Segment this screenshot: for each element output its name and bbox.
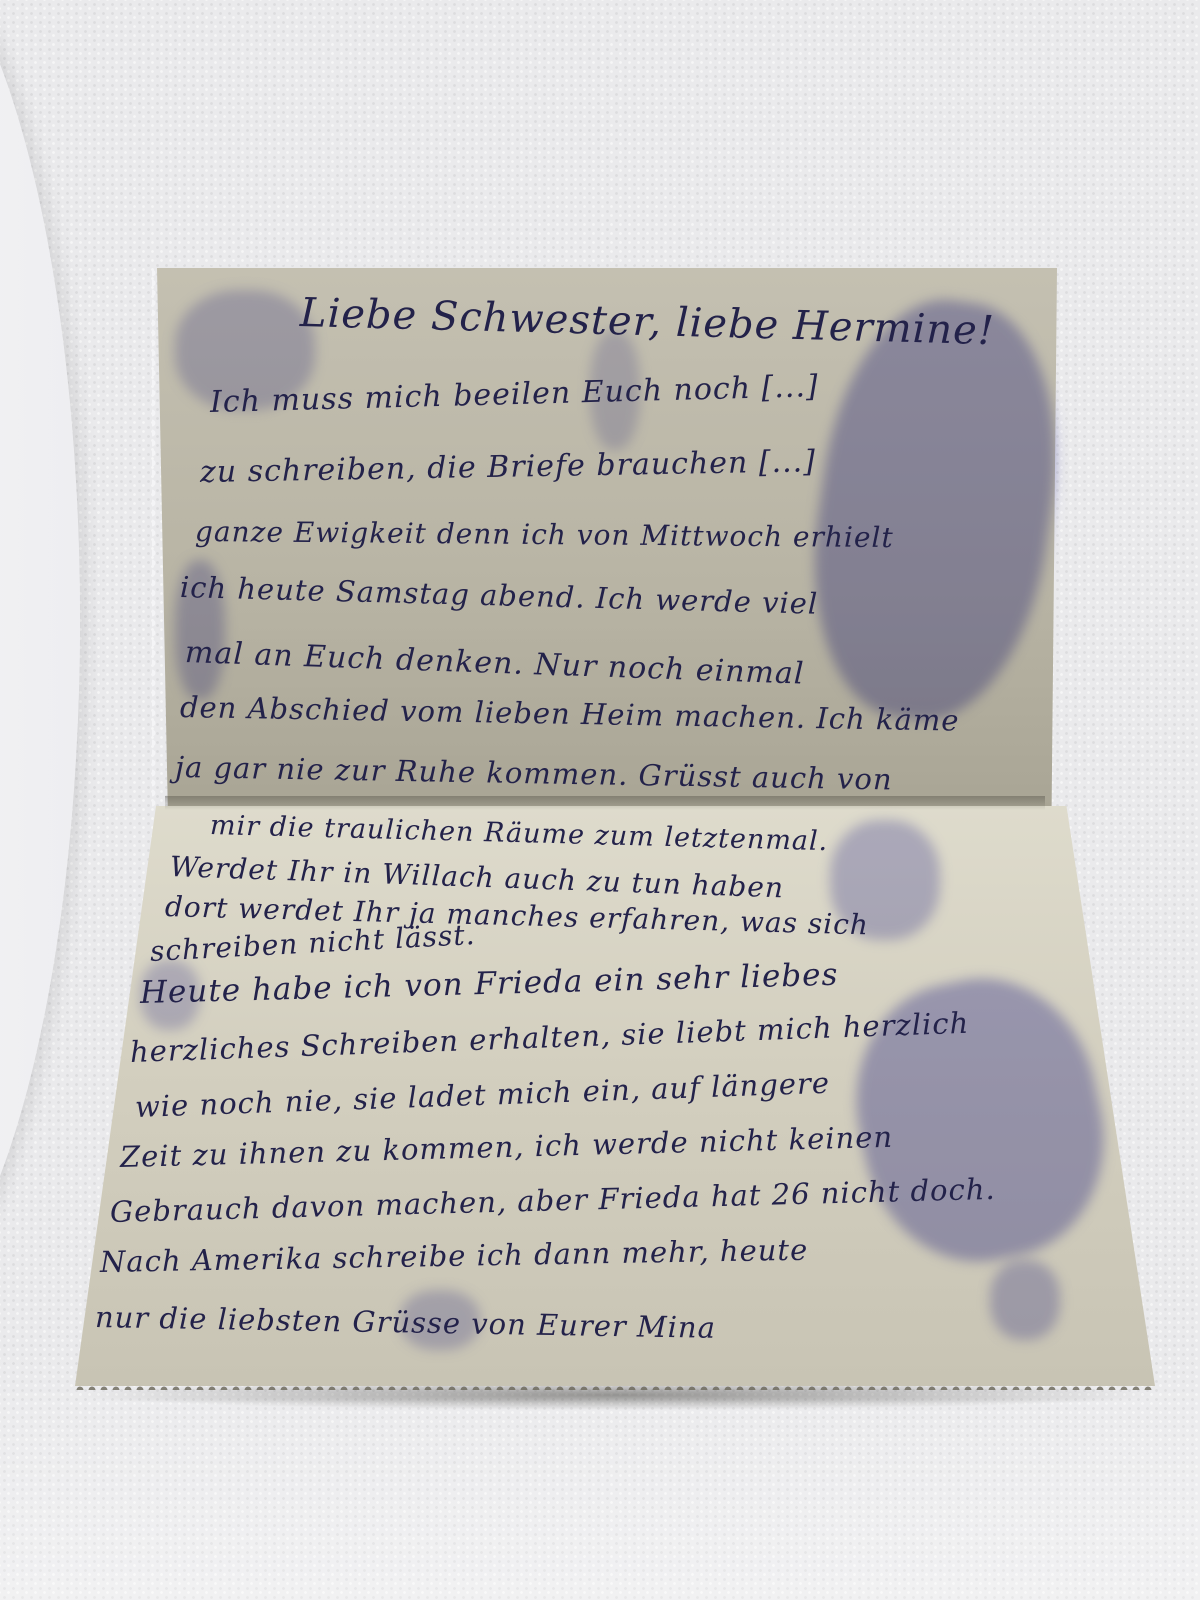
perforated-edge-bottom (75, 1378, 1155, 1390)
card-fold-crease (165, 796, 1045, 810)
ink-smudge (990, 1260, 1060, 1340)
letter-line: ganze Ewigkeit denn ich von Mittwoch erh… (195, 515, 894, 554)
perforated-edge-left (152, 268, 162, 808)
perforated-edge-top (157, 262, 1057, 272)
